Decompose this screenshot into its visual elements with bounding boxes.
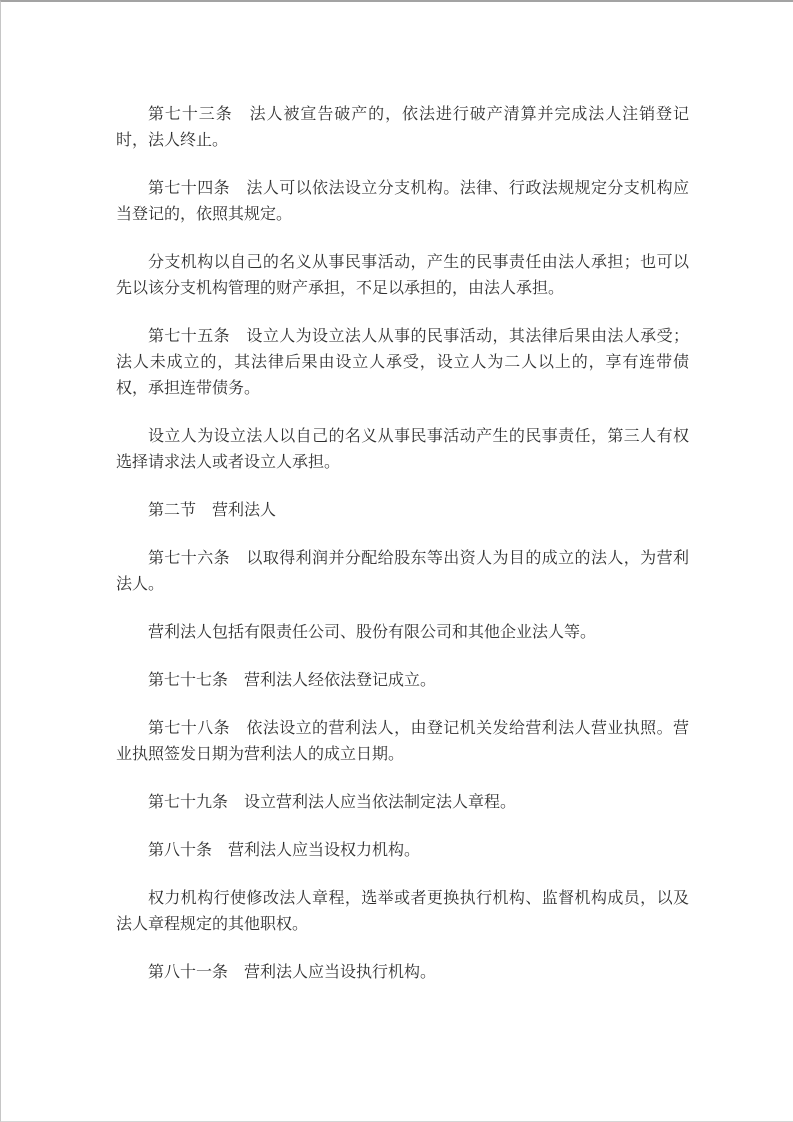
paragraph-article-79: 第七十九条 设立营利法人应当依法制定法人章程。 [116, 789, 689, 815]
paragraph-article-80: 第八十条 营利法人应当设权力机构。 [116, 837, 689, 863]
paragraph-article-74-clause-2: 分支机构以自己的名义从事民事活动，产生的民事责任由法人承担；也可以先以该分支机构… [116, 249, 689, 301]
paragraph-article-73: 第七十三条 法人被宣告破产的，依法进行破产清算并完成法人注销登记时，法人终止。 [116, 101, 689, 153]
paragraph-article-75-clause-2: 设立人为设立法人以自己的名义从事民事活动产生的民事责任，第三人有权选择请求法人或… [116, 423, 689, 475]
paragraph-article-76-clause-2: 营利法人包括有限责任公司、股份有限公司和其他企业法人等。 [116, 619, 689, 645]
document-page: 第七十三条 法人被宣告破产的，依法进行破产清算并完成法人注销登记时，法人终止。 … [0, 0, 793, 1122]
paragraph-article-80-clause-2: 权力机构行使修改法人章程，选举或者更换执行机构、监督机构成员，以及法人章程规定的… [116, 885, 689, 937]
paragraph-article-77: 第七十七条 营利法人经依法登记成立。 [116, 667, 689, 693]
paragraph-article-74: 第七十四条 法人可以依法设立分支机构。法律、行政法规规定分支机构应当登记的，依照… [116, 175, 689, 227]
paragraph-article-76: 第七十六条 以取得利润并分配给股东等出资人为目的成立的法人，为营利法人。 [116, 545, 689, 597]
document-body: 第七十三条 法人被宣告破产的，依法进行破产清算并完成法人注销登记时，法人终止。 … [1, 2, 793, 985]
paragraph-article-75: 第七十五条 设立人为设立法人从事的民事活动，其法律后果由法人承受；法人未成立的，… [116, 323, 689, 401]
section-heading: 第二节 营利法人 [116, 497, 689, 523]
paragraph-article-81: 第八十一条 营利法人应当设执行机构。 [116, 959, 689, 985]
paragraph-article-78: 第七十八条 依法设立的营利法人，由登记机关发给营利法人营业执照。营业执照签发日期… [116, 715, 689, 767]
